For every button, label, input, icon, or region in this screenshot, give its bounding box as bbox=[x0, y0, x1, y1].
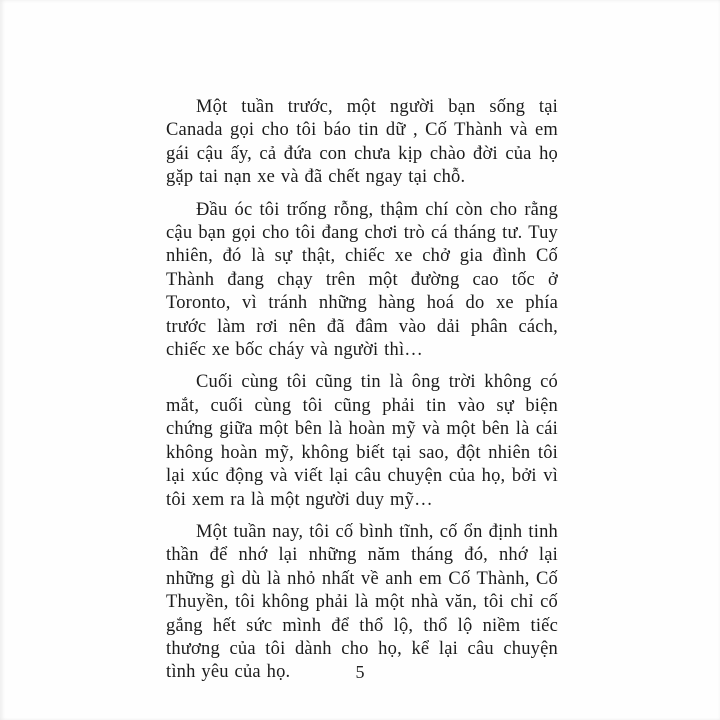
paragraph-1: Một tuần trước, một người bạn sống tại C… bbox=[166, 96, 558, 190]
body-text: Một tuần trước, một người bạn sống tại C… bbox=[166, 96, 558, 694]
paragraph-3: Cuối cùng tôi cũng tin là ông trời không… bbox=[166, 371, 558, 511]
paragraph-2: Đầu óc tôi trống rỗng, thậm chí còn cho … bbox=[166, 199, 558, 363]
book-page: Một tuần trước, một người bạn sống tại C… bbox=[0, 0, 720, 720]
page-number: 5 bbox=[0, 662, 720, 683]
paragraph-4: Một tuần nay, tôi cố bình tĩnh, cố ổn đị… bbox=[166, 521, 558, 685]
